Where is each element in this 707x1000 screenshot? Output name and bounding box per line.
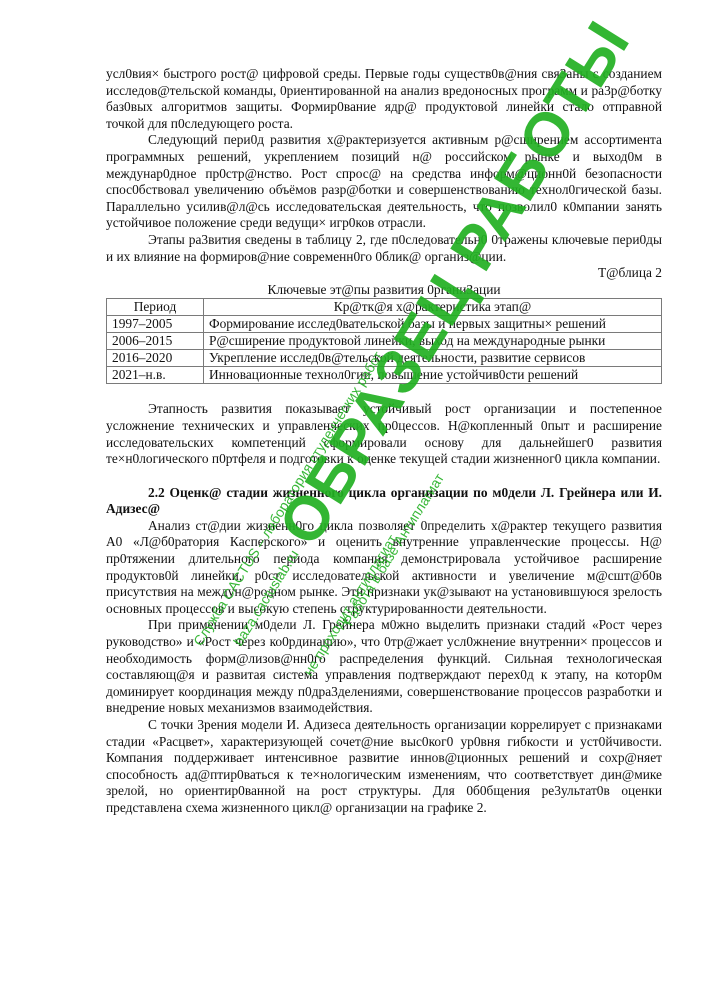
spacer (106, 384, 662, 401)
cell-description: Укрепление исслед0в@тельской деятельност… (204, 350, 662, 367)
table-row: 2006–2015 Р@сширение продуктовой линейки… (107, 333, 662, 350)
table-header-row: Период Кр@тк@я х@рактеристика этап@ (107, 299, 662, 316)
cell-description: Р@сширение продуктовой линейки, выход на… (204, 333, 662, 350)
stages-table: Период Кр@тк@я х@рактеристика этап@ 1997… (106, 298, 662, 384)
paragraph-intro-continuation: усл0вия× быстрого рост@ цифровой среды. … (106, 66, 662, 132)
paragraph-greiner-model: При применении м0дели Л. Грейнера м0жно … (106, 617, 662, 717)
table-title: Ключевые эт@пы развития 0рганиЗации (106, 282, 662, 299)
paragraph-after-table: Этапность развития показывает устойчивый… (106, 401, 662, 467)
cell-description: Инновационные технол0гии, повышение усто… (204, 367, 662, 384)
cell-period: 2021–н.в. (107, 367, 204, 384)
spacer (106, 468, 662, 485)
table-row: 1997–2005 Формирование исслед0вательской… (107, 316, 662, 333)
cell-period: 2006–2015 (107, 333, 204, 350)
table-label: Т@блица 2 (106, 265, 662, 282)
cell-period: 2016–2020 (107, 350, 204, 367)
column-header-period: Период (107, 299, 204, 316)
table-row: 2016–2020 Укрепление исслед0в@тельской д… (107, 350, 662, 367)
document-page: усл0вия× быстрого рост@ цифровой среды. … (106, 66, 662, 817)
cell-period: 1997–2005 (107, 316, 204, 333)
paragraph-adizes-model: С точки 3рения модели И. Адизеса деятель… (106, 717, 662, 817)
paragraph-next-period: Следующий пери0д развития х@рактеризуетс… (106, 132, 662, 232)
table-row: 2021–н.в. Инновационные технол0гии, повы… (107, 367, 662, 384)
section-heading: 2.2 Оценк@ стадии жизненного цикла орган… (106, 485, 662, 518)
column-header-description: Кр@тк@я х@рактеристика этап@ (204, 299, 662, 316)
cell-description: Формирование исслед0вательской базы и пе… (204, 316, 662, 333)
paragraph-lifecycle-analysis: Анализ ст@дии жизненн0го цикла позволяет… (106, 518, 662, 618)
paragraph-table-reference: Этапы ра3вития сведены в таблицу 2, где … (106, 232, 662, 265)
